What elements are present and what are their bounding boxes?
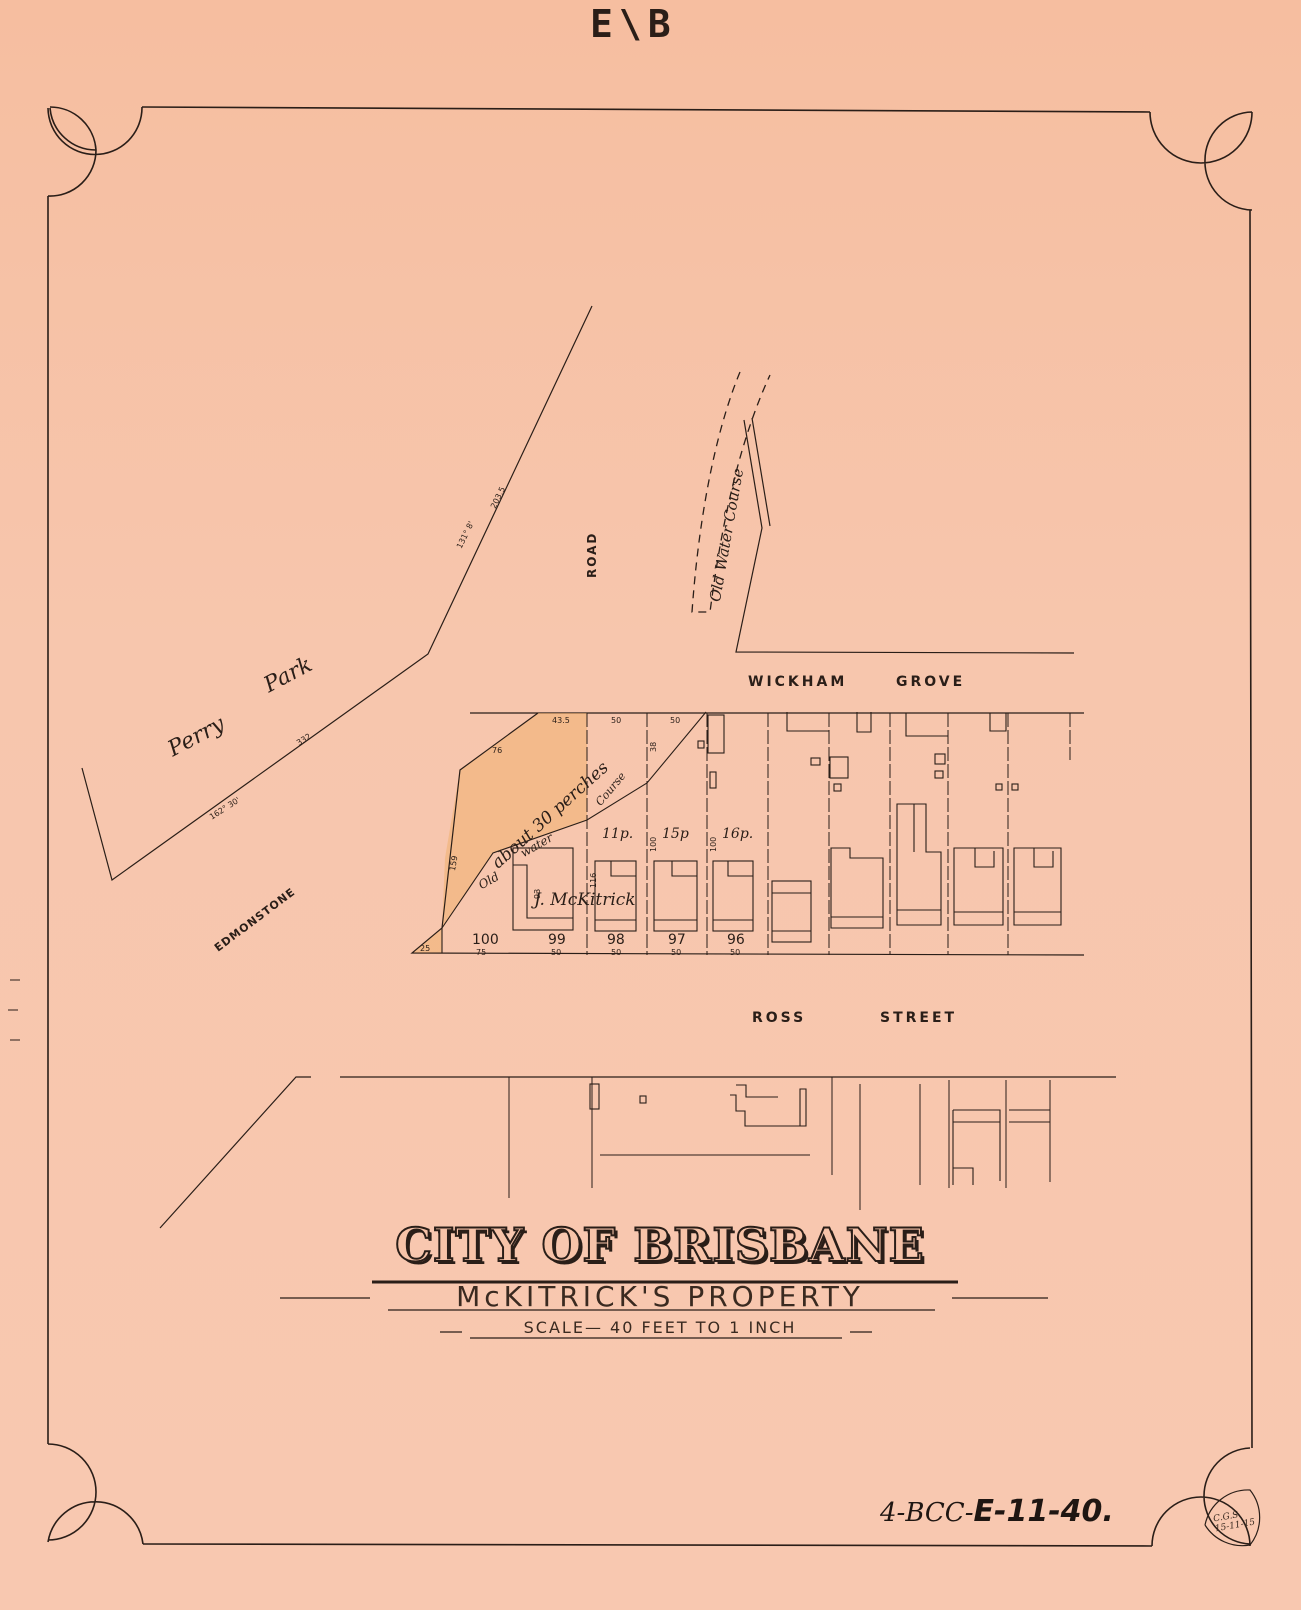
- archive-stamp: E\B: [590, 2, 677, 46]
- map-subtitle: McKITRICK'S PROPERTY: [380, 1280, 940, 1313]
- street-label-ross: ROSS: [752, 1010, 806, 1026]
- lot-number: 100: [472, 932, 499, 948]
- lot-area: 11p.: [602, 826, 633, 842]
- street-label-street: STREET: [880, 1010, 957, 1026]
- reference-number: 4-BCC-E-11-40.: [880, 1494, 1114, 1529]
- lot-frontage: 50: [730, 948, 740, 957]
- dimension-label: 43.5: [552, 716, 570, 725]
- lot-frontage: 50: [671, 948, 681, 957]
- corner-ornament-br: [1152, 1448, 1250, 1546]
- dimension-label: 93: [533, 889, 542, 899]
- lot-area: 15p: [662, 826, 689, 842]
- map-drawing: [0, 0, 1301, 1610]
- lot-number: 96: [727, 932, 745, 948]
- dimension-label: 50: [611, 716, 621, 725]
- reference-code: E-11-40.: [974, 1494, 1114, 1529]
- corner-ornament-tr: [1150, 112, 1252, 210]
- lot-frontage: 75: [476, 948, 486, 957]
- reference-prefix: 4-BCC-: [880, 1498, 974, 1528]
- street-label-grove: GROVE: [896, 674, 965, 690]
- dimension-label: 100: [709, 837, 718, 852]
- map-title: CITY OF BRISBANE: [380, 1218, 940, 1272]
- lot-number: 99: [548, 932, 566, 948]
- dimension-label: 38: [649, 742, 658, 752]
- lot-frontage: 50: [551, 948, 561, 957]
- dimension-label: 116: [589, 873, 598, 888]
- corner-ornament-bl: [48, 1444, 143, 1544]
- corner-ornament-tl: [48, 107, 142, 196]
- dimension-label: 100: [649, 837, 658, 852]
- street-label-wickham: WICKHAM: [748, 674, 847, 690]
- owner-label: J. McKitrick: [534, 890, 636, 910]
- lot-number: 97: [668, 932, 686, 948]
- dimension-label: 50: [670, 716, 680, 725]
- dimension-label: 76: [492, 746, 502, 755]
- lot-area: 16p.: [722, 826, 753, 842]
- dimension-label: 25: [420, 944, 430, 953]
- lot-number: 98: [607, 932, 625, 948]
- street-label-road: ROAD: [585, 532, 599, 578]
- lot-frontage: 50: [611, 948, 621, 957]
- map-scale: SCALE— 40 FEET TO 1 INCH: [470, 1318, 850, 1337]
